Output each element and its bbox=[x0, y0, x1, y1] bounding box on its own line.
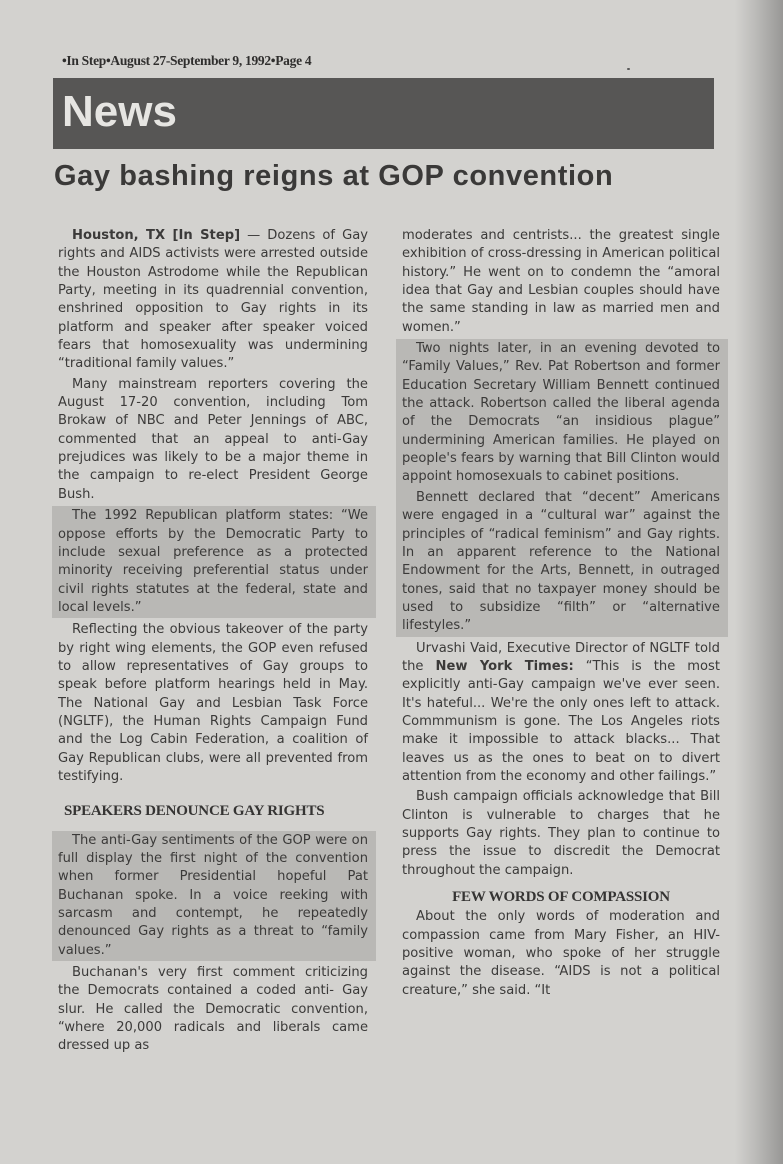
article-paragraph: About the only words of moderation and c… bbox=[402, 908, 720, 1000]
publication-name: New York Times: bbox=[436, 659, 574, 674]
article-column-right: moderates and centrists... the greatest … bbox=[402, 227, 720, 1002]
shaded-quote-platform: The 1992 Republican platform states: “We… bbox=[52, 506, 376, 618]
article-paragraph: Reflecting the obvious takeover of the p… bbox=[58, 621, 368, 786]
print-speck bbox=[627, 68, 630, 70]
article-paragraph-continued: moderates and centrists... the greatest … bbox=[402, 227, 720, 337]
dateline: Houston, TX [In Step] bbox=[72, 228, 240, 243]
article-paragraph: Bush campaign officials acknowledge that… bbox=[402, 788, 720, 880]
article-paragraph: Buchanan's very first comment criticizin… bbox=[58, 964, 368, 1056]
newspaper-page: •In Step•August 27-September 9, 1992•Pag… bbox=[0, 0, 783, 1164]
shaded-paragraph-robertson: Two nights later, in an evening devoted … bbox=[396, 339, 728, 488]
article-headline: Gay bashing reigns at GOP convention bbox=[54, 160, 613, 193]
subhead-few-words: FEW WORDS OF COMPASSION bbox=[402, 888, 720, 906]
shaded-paragraph-bennett: Bennett declared that “decent” Americans… bbox=[396, 488, 728, 637]
section-banner: News bbox=[53, 78, 714, 149]
section-label: News bbox=[62, 86, 177, 138]
vaid-text-post: “This is the most explicitly anti-Gay ca… bbox=[402, 659, 720, 784]
article-paragraph-vaid: Urvashi Vaid, Executive Director of NGLT… bbox=[402, 640, 720, 787]
page-folio: •In Step•August 27-September 9, 1992•Pag… bbox=[62, 53, 311, 69]
lead-body: — Dozens of Gay rights and AIDS activist… bbox=[58, 228, 368, 371]
article-column-left: Houston, TX [In Step] — Dozens of Gay ri… bbox=[58, 227, 368, 1058]
article-paragraph-lead: Houston, TX [In Step] — Dozens of Gay ri… bbox=[58, 227, 368, 374]
article-paragraph: Many mainstream reporters covering the A… bbox=[58, 376, 368, 504]
subhead-speakers-denounce: SPEAKERS DENOUNCE GAY RIGHTS bbox=[64, 802, 368, 820]
shaded-paragraph-buchanan: The anti-Gay sentiments of the GOP were … bbox=[52, 831, 376, 961]
